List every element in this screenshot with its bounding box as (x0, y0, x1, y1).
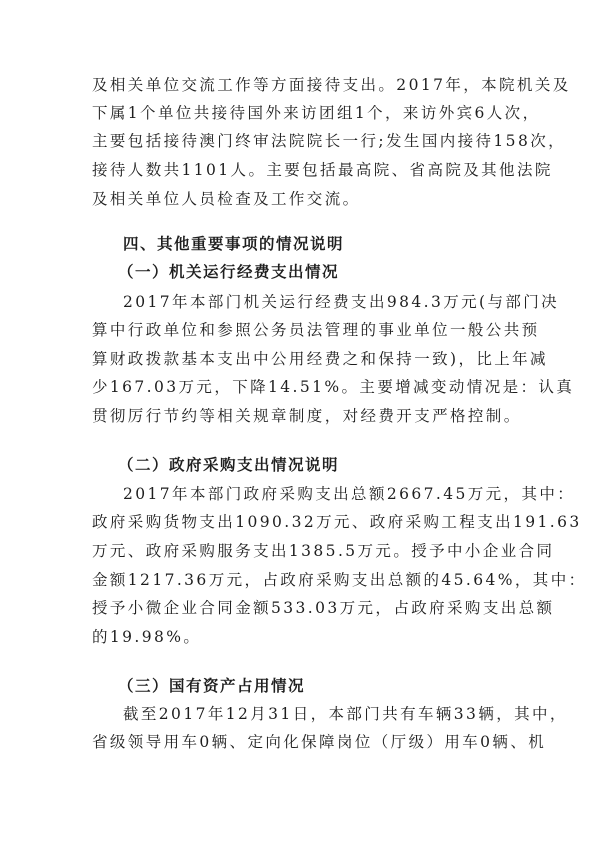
paragraph-line: 2017年本部门机关运行经费支出984.3万元(与部门决 (123, 292, 510, 312)
paragraph-line: 及相关单位交流工作等方面接待支出。2017年，本院机关及 (92, 75, 510, 95)
paragraph-line: 的19.98%。 (92, 627, 510, 647)
paragraph-line: 接待人数共1101人。主要包括最高院、省高院及其他法院 (92, 160, 510, 180)
paragraph-line: 省级领导用车0辆、定向化保障岗位（厅级）用车0辆、机 (92, 732, 510, 752)
paragraph-line: 金额1217.36万元，占政府采购支出总额的45.64%，其中： (92, 570, 510, 590)
subsection-heading: （二）政府采购支出情况说明 (118, 455, 339, 475)
paragraph-line: 截至2017年12月31日，本部门共有车辆33辆，其中， (123, 704, 510, 724)
paragraph-line: 主要包括接待澳门终审法院院长一行;发生国内接待158次， (92, 131, 510, 151)
paragraph-line: 少167.03万元，下降14.51%。主要增减变动情况是：认真 (92, 377, 510, 397)
paragraph-line: 万元、政府采购服务支出1385.5万元。授予中小企业合同 (92, 541, 510, 561)
paragraph-line: 政府采购货物支出1090.32万元、政府采购工程支出191.63 (92, 512, 510, 532)
paragraph-line: 下属1个单位共接待国外来访团组1个，来访外宾6人次， (92, 103, 510, 123)
paragraph-line: 贯彻厉行节约等相关规章制度，对经费开支严格控制。 (92, 406, 510, 426)
paragraph-line: 算财政拨款基本支出中公用经费之和保持一致)，比上年减 (92, 349, 510, 369)
subsection-heading: （一）机关运行经费支出情况 (118, 262, 339, 282)
paragraph-line: 2017年本部门政府采购支出总额2667.45万元，其中： (123, 484, 510, 504)
paragraph-line: 算中行政单位和参照公务员法管理的事业单位一般公共预 (92, 320, 510, 340)
section-heading: 四、其他重要事项的情况说明 (123, 234, 344, 254)
document-page: 及相关单位交流工作等方面接待支出。2017年，本院机关及 下属1个单位共接待国外… (0, 0, 599, 846)
paragraph-line: 及相关单位人员检查及工作交流。 (92, 189, 510, 209)
paragraph-line: 授予小微企业合同金额533.03万元，占政府采购支出总额 (92, 598, 510, 618)
subsection-heading: （三）国有资产占用情况 (118, 676, 305, 696)
